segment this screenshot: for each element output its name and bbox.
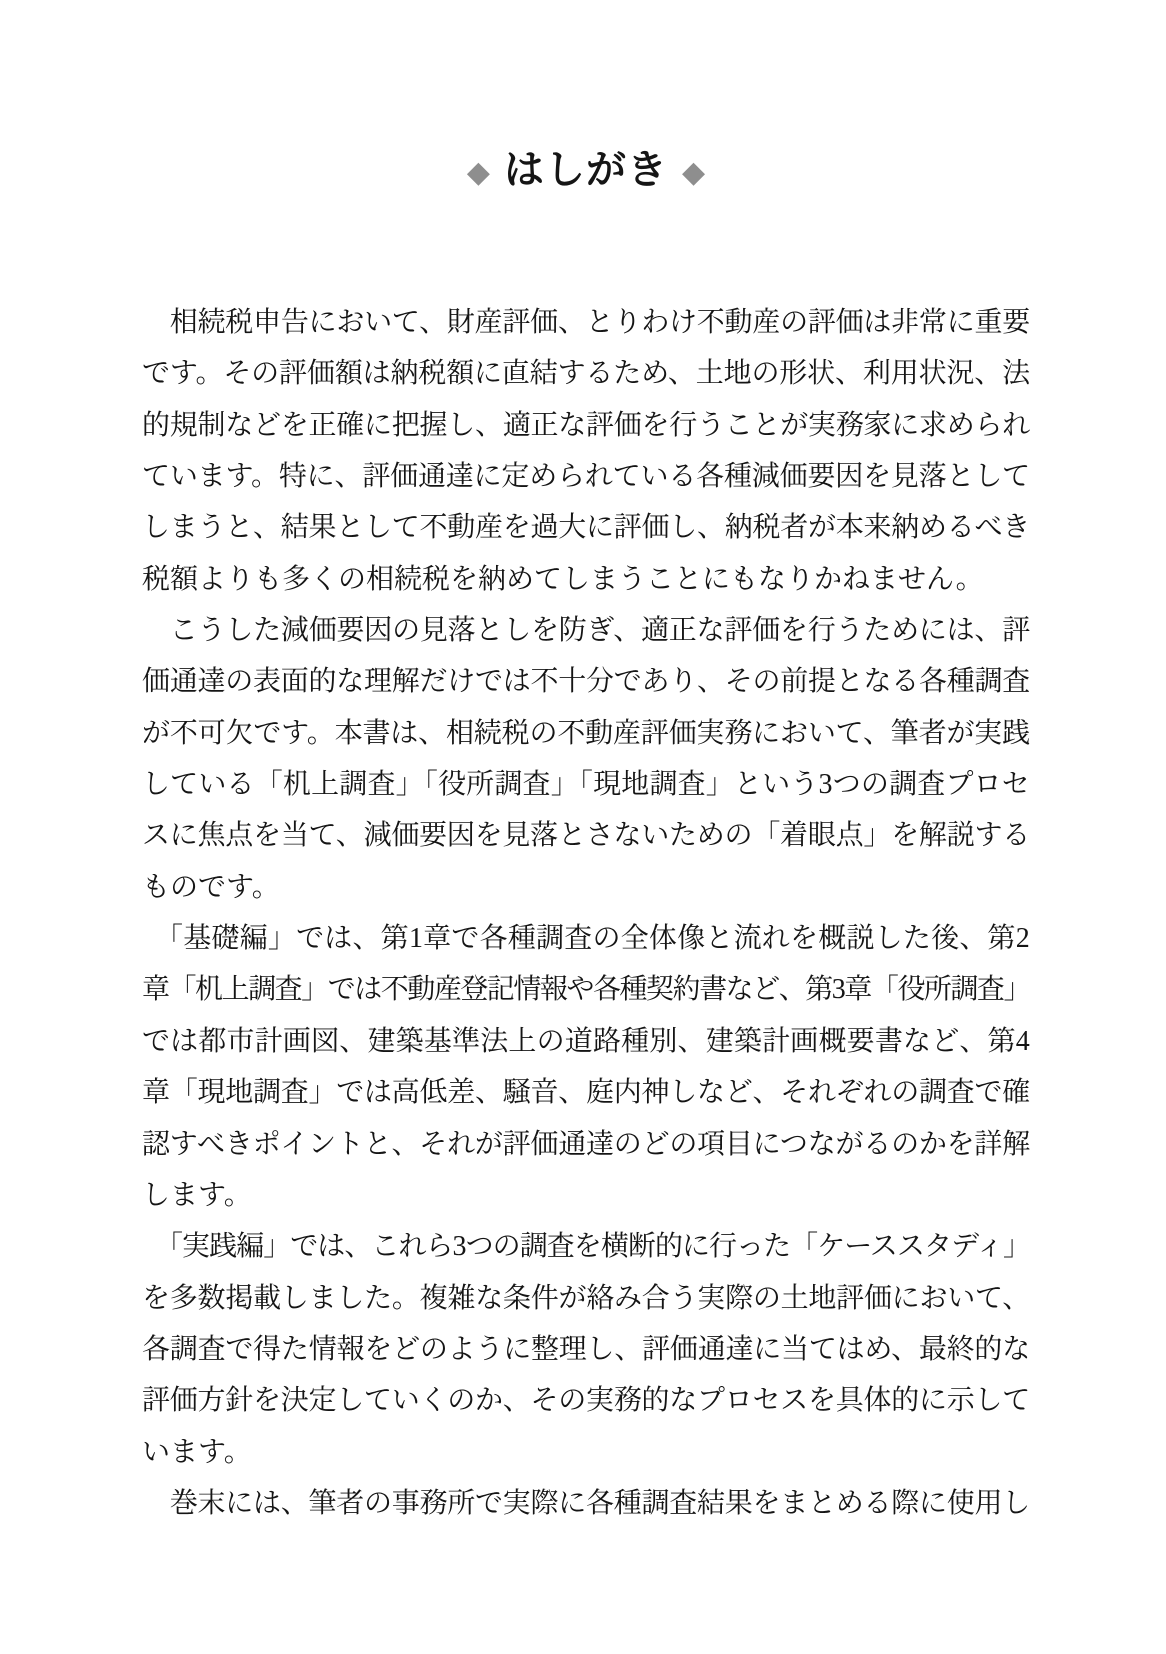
text-line: ものです。 [142,862,1030,913]
text-line: が不可欠です。本書は、相続税の不動産評価実務において、筆者が実践 [142,708,1030,759]
text-line: 「基礎編」では、第1章で各種調査の全体像と流れを概説した後、第2 [142,913,1030,964]
text-line: 的規制などを正確に把握し、適正な評価を行うことが実務家に求められ [142,400,1030,451]
text-line: です。その評価額は納税額に直結するため、土地の形状、利用状況、法 [142,348,1030,399]
page-title-text: はしがき [504,147,668,192]
paragraph: 「実践編」では、これら3つの調査を横断的に行った「ケーススタディ」 を多数掲載し… [142,1221,1030,1478]
diamond-icon: ◆ [467,155,490,190]
text-line: 章「机上調査」では不動産登記情報や各種契約書など、第3章「役所調査」 [142,964,1030,1015]
text-line: 価通達の表面的な理解だけでは不十分であり、その前提となる各種調査 [142,656,1030,707]
text-line: している「机上調査」「役所調査」「現地調査」という3つの調査プロセ [142,759,1030,810]
text-line: 各調査で得た情報をどのように整理し、評価通達に当てはめ、最終的な [142,1324,1030,1375]
preface-body: 相続税申告において、財産評価、とりわけ不動産の評価は非常に重要 です。その評価額… [142,297,1030,1529]
page-title: ◆はしがき◆ [142,144,1030,199]
text-line: 評価方針を決定していくのか、その実務的なプロセスを具体的に示して [142,1375,1030,1426]
text-line: 巻末には、筆者の事務所で実際に各種調査結果をまとめる際に使用し [142,1478,1030,1529]
text-line: では都市計画図、建築基準法上の道路種別、建築計画概要書など、第4 [142,1016,1030,1067]
text-line: します。 [142,1170,1030,1221]
text-line: を多数掲載しました。複雑な条件が絡み合う実際の土地評価において、 [142,1273,1030,1324]
text-line: スに焦点を当て、減価要因を見落とさないための「着眼点」を解説する [142,810,1030,861]
paragraph: 相続税申告において、財産評価、とりわけ不動産の評価は非常に重要 です。その評価額… [142,297,1030,605]
text-line: ています。特に、評価通達に定められている各種減価要因を見落として [142,451,1030,502]
text-line: こうした減価要因の見落としを防ぎ、適正な評価を行うためには、評 [142,605,1030,656]
paragraph: 「基礎編」では、第1章で各種調査の全体像と流れを概説した後、第2 章「机上調査」… [142,913,1030,1221]
text-line: 章「現地調査」では高低差、騒音、庭内神しなど、それぞれの調査で確 [142,1067,1030,1118]
text-line: 認すべきポイントと、それが評価通達のどの項目につながるのかを詳解 [142,1119,1030,1170]
paragraph: こうした減価要因の見落としを防ぎ、適正な評価を行うためには、評 価通達の表面的な… [142,605,1030,913]
text-line: 「実践編」では、これら3つの調査を横断的に行った「ケーススタディ」 [142,1221,1030,1272]
preface-page: ◆はしがき◆ 相続税申告において、財産評価、とりわけ不動産の評価は非常に重要 で… [0,0,1166,1654]
text-line: 税額よりも多くの相続税を納めてしまうことにもなりかねません。 [142,554,1030,605]
diamond-icon: ◆ [682,155,705,190]
text-line: しまうと、結果として不動産を過大に評価し、納税者が本来納めるべき [142,502,1030,553]
text-line: 相続税申告において、財産評価、とりわけ不動産の評価は非常に重要 [142,297,1030,348]
text-line: います。 [142,1427,1030,1478]
paragraph: 巻末には、筆者の事務所で実際に各種調査結果をまとめる際に使用し [142,1478,1030,1529]
